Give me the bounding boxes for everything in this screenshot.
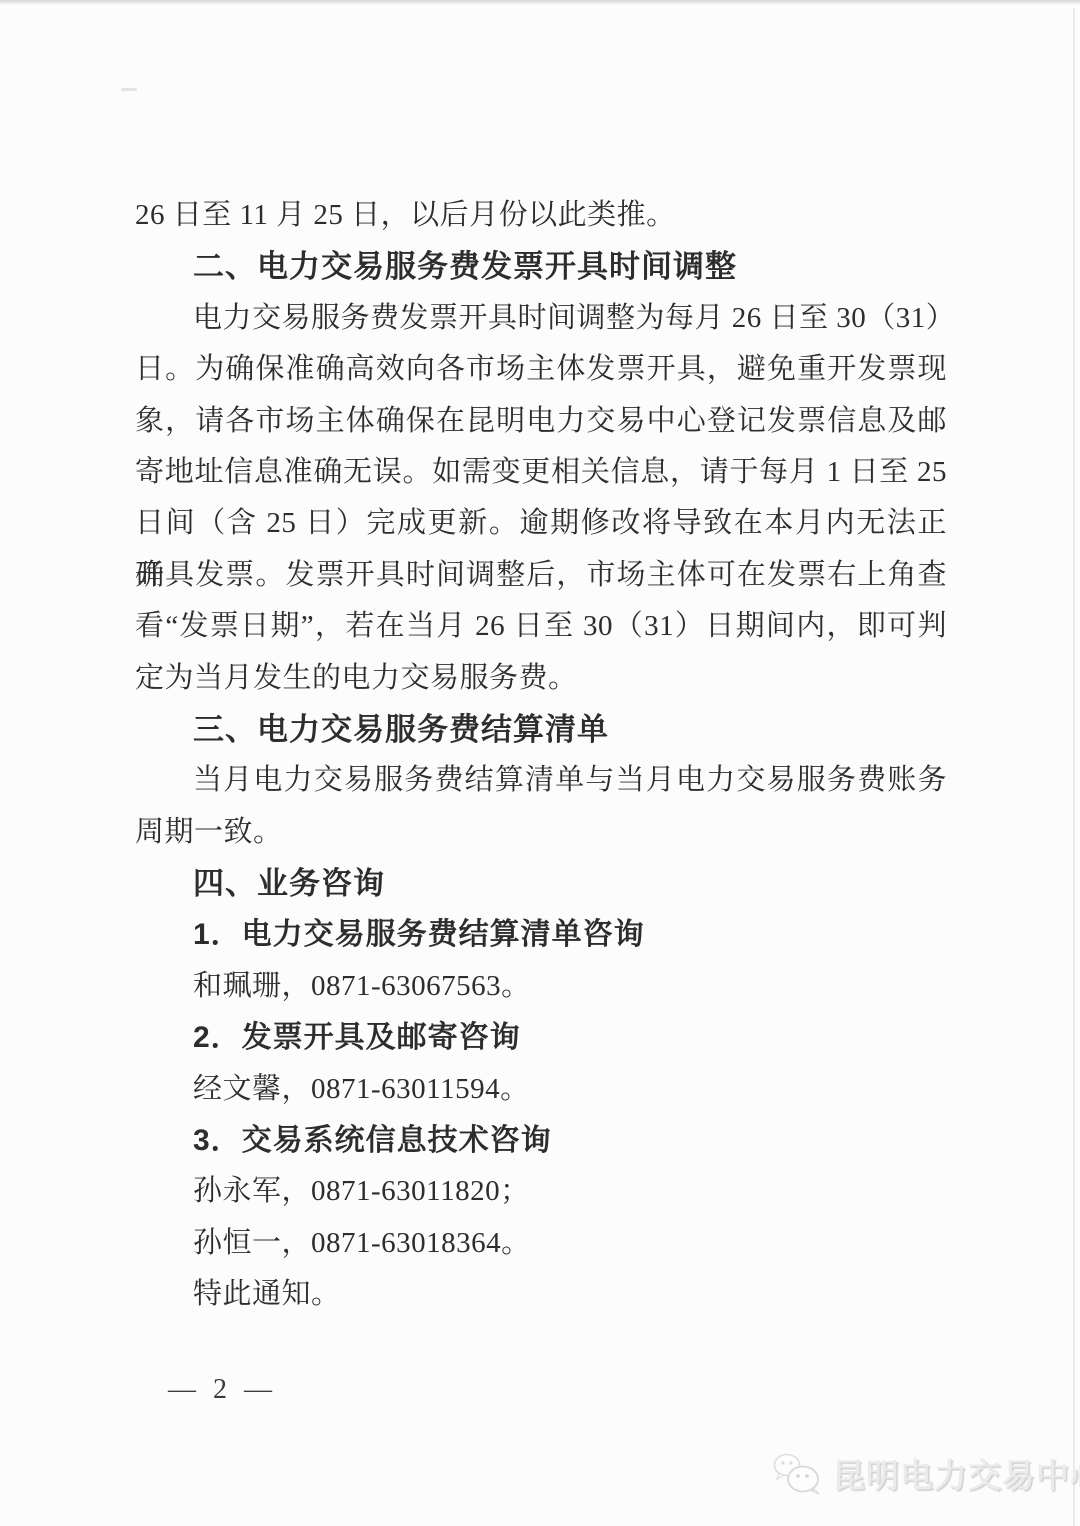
- text-line: 开具发票。发票开具时间调整后，市场主体可在发票右上角查: [135, 550, 947, 601]
- text-line: 孙永军，0871-63011820；: [135, 1166, 947, 1217]
- text-line: 特此通知。: [135, 1269, 947, 1320]
- text-line: 当月电力交易服务费结算清单与当月电力交易服务费账务: [135, 755, 947, 806]
- section-heading: 二、电力交易服务费发票开具时间调整: [135, 241, 947, 292]
- section-heading: 2．发票开具及邮寄咨询: [135, 1012, 947, 1063]
- section-heading: 三、电力交易服务费结算清单: [135, 704, 947, 755]
- text-line: 日。为确保准确高效向各市场主体发票开具，避免重开发票现: [135, 344, 947, 395]
- section-heading: 四、业务咨询: [135, 858, 947, 909]
- text-line: 寄地址信息准确无误。如需变更相关信息，请于每月 1 日至 25: [135, 447, 947, 498]
- section-heading: 1．电力交易服务费结算清单咨询: [135, 909, 947, 960]
- scan-right-edge: [1073, 8, 1075, 1526]
- text-line: 经文馨，0871-63011594。: [135, 1064, 947, 1115]
- document-body: 26 日至 11 月 25 日，以后月份以此类推。二、电力交易服务费发票开具时间…: [135, 190, 947, 1321]
- scan-top-edge: [0, 0, 1080, 5]
- text-line: 周期一致。: [135, 807, 947, 858]
- watermark: 昆明电力交易中心: [772, 1450, 1080, 1497]
- text-line: 日间（含 25 日）完成更新。逾期修改将导致在本月内无法正确: [135, 498, 947, 549]
- text-line: 定为当月发生的电力交易服务费。: [135, 653, 947, 704]
- text-line: 和珮珊，0871-63067563。: [135, 961, 947, 1012]
- text-line: 看“发票日期”，若在当月 26 日至 30（31）日期间内，即可判: [135, 601, 947, 652]
- text-line: 象，请各市场主体确保在昆明电力交易中心登记发票信息及邮: [135, 396, 947, 447]
- scan-speck: [121, 88, 137, 91]
- text-line: 26 日至 11 月 25 日，以后月份以此类推。: [135, 190, 947, 241]
- section-heading: 3．交易系统信息技术咨询: [135, 1115, 947, 1166]
- text-line: 孙恒一，0871-63018364。: [135, 1218, 947, 1269]
- page-number: — 2 —: [168, 1374, 277, 1406]
- document-page: 26 日至 11 月 25 日，以后月份以此类推。二、电力交易服务费发票开具时间…: [0, 0, 1080, 1526]
- text-line: 电力交易服务费发票开具时间调整为每月 26 日至 30（31）: [135, 293, 947, 344]
- wechat-icon: [772, 1452, 824, 1496]
- watermark-label: 昆明电力交易中心: [832, 1450, 1080, 1497]
